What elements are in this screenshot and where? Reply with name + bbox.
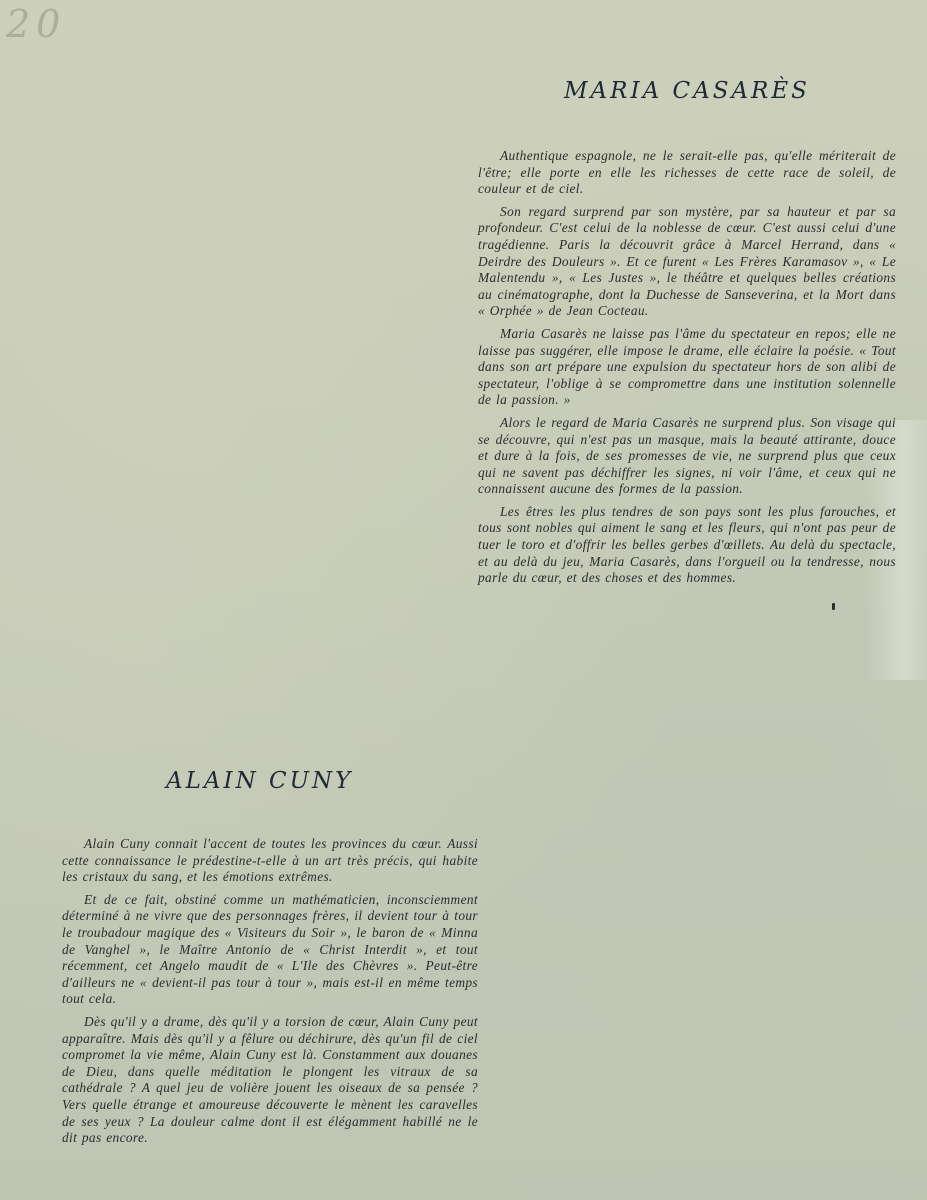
section-title-maria-casares: MARIA CASARÈS bbox=[478, 78, 896, 104]
paragraph: Et de ce fait, obstiné comme un mathémat… bbox=[62, 892, 478, 1008]
paragraph: Alain Cuny connait l'accent de toutes le… bbox=[62, 836, 478, 886]
section-title-alain-cuny: ALAIN CUNY bbox=[62, 768, 478, 794]
pencil-page-number-mark: 20 bbox=[6, 2, 66, 46]
paragraph: Authentique espagnole, ne le serait-elle… bbox=[478, 148, 896, 198]
section-maria-casares: MARIA CASARÈS Authentique espagnole, ne … bbox=[478, 78, 896, 593]
paragraph: Les êtres les plus tendres de son pays s… bbox=[478, 504, 896, 587]
paragraph: Maria Casarès ne laisse pas l'âme du spe… bbox=[478, 326, 896, 409]
section-alain-cuny: ALAIN CUNY Alain Cuny connait l'accent d… bbox=[62, 768, 478, 1153]
ink-speck bbox=[832, 603, 835, 610]
paragraph: Son regard surprend par son mystère, par… bbox=[478, 204, 896, 320]
paragraph: Alors le regard de Maria Casarès ne surp… bbox=[478, 415, 896, 498]
paragraph: Dès qu'il y a drame, dès qu'il y a torsi… bbox=[62, 1014, 478, 1147]
